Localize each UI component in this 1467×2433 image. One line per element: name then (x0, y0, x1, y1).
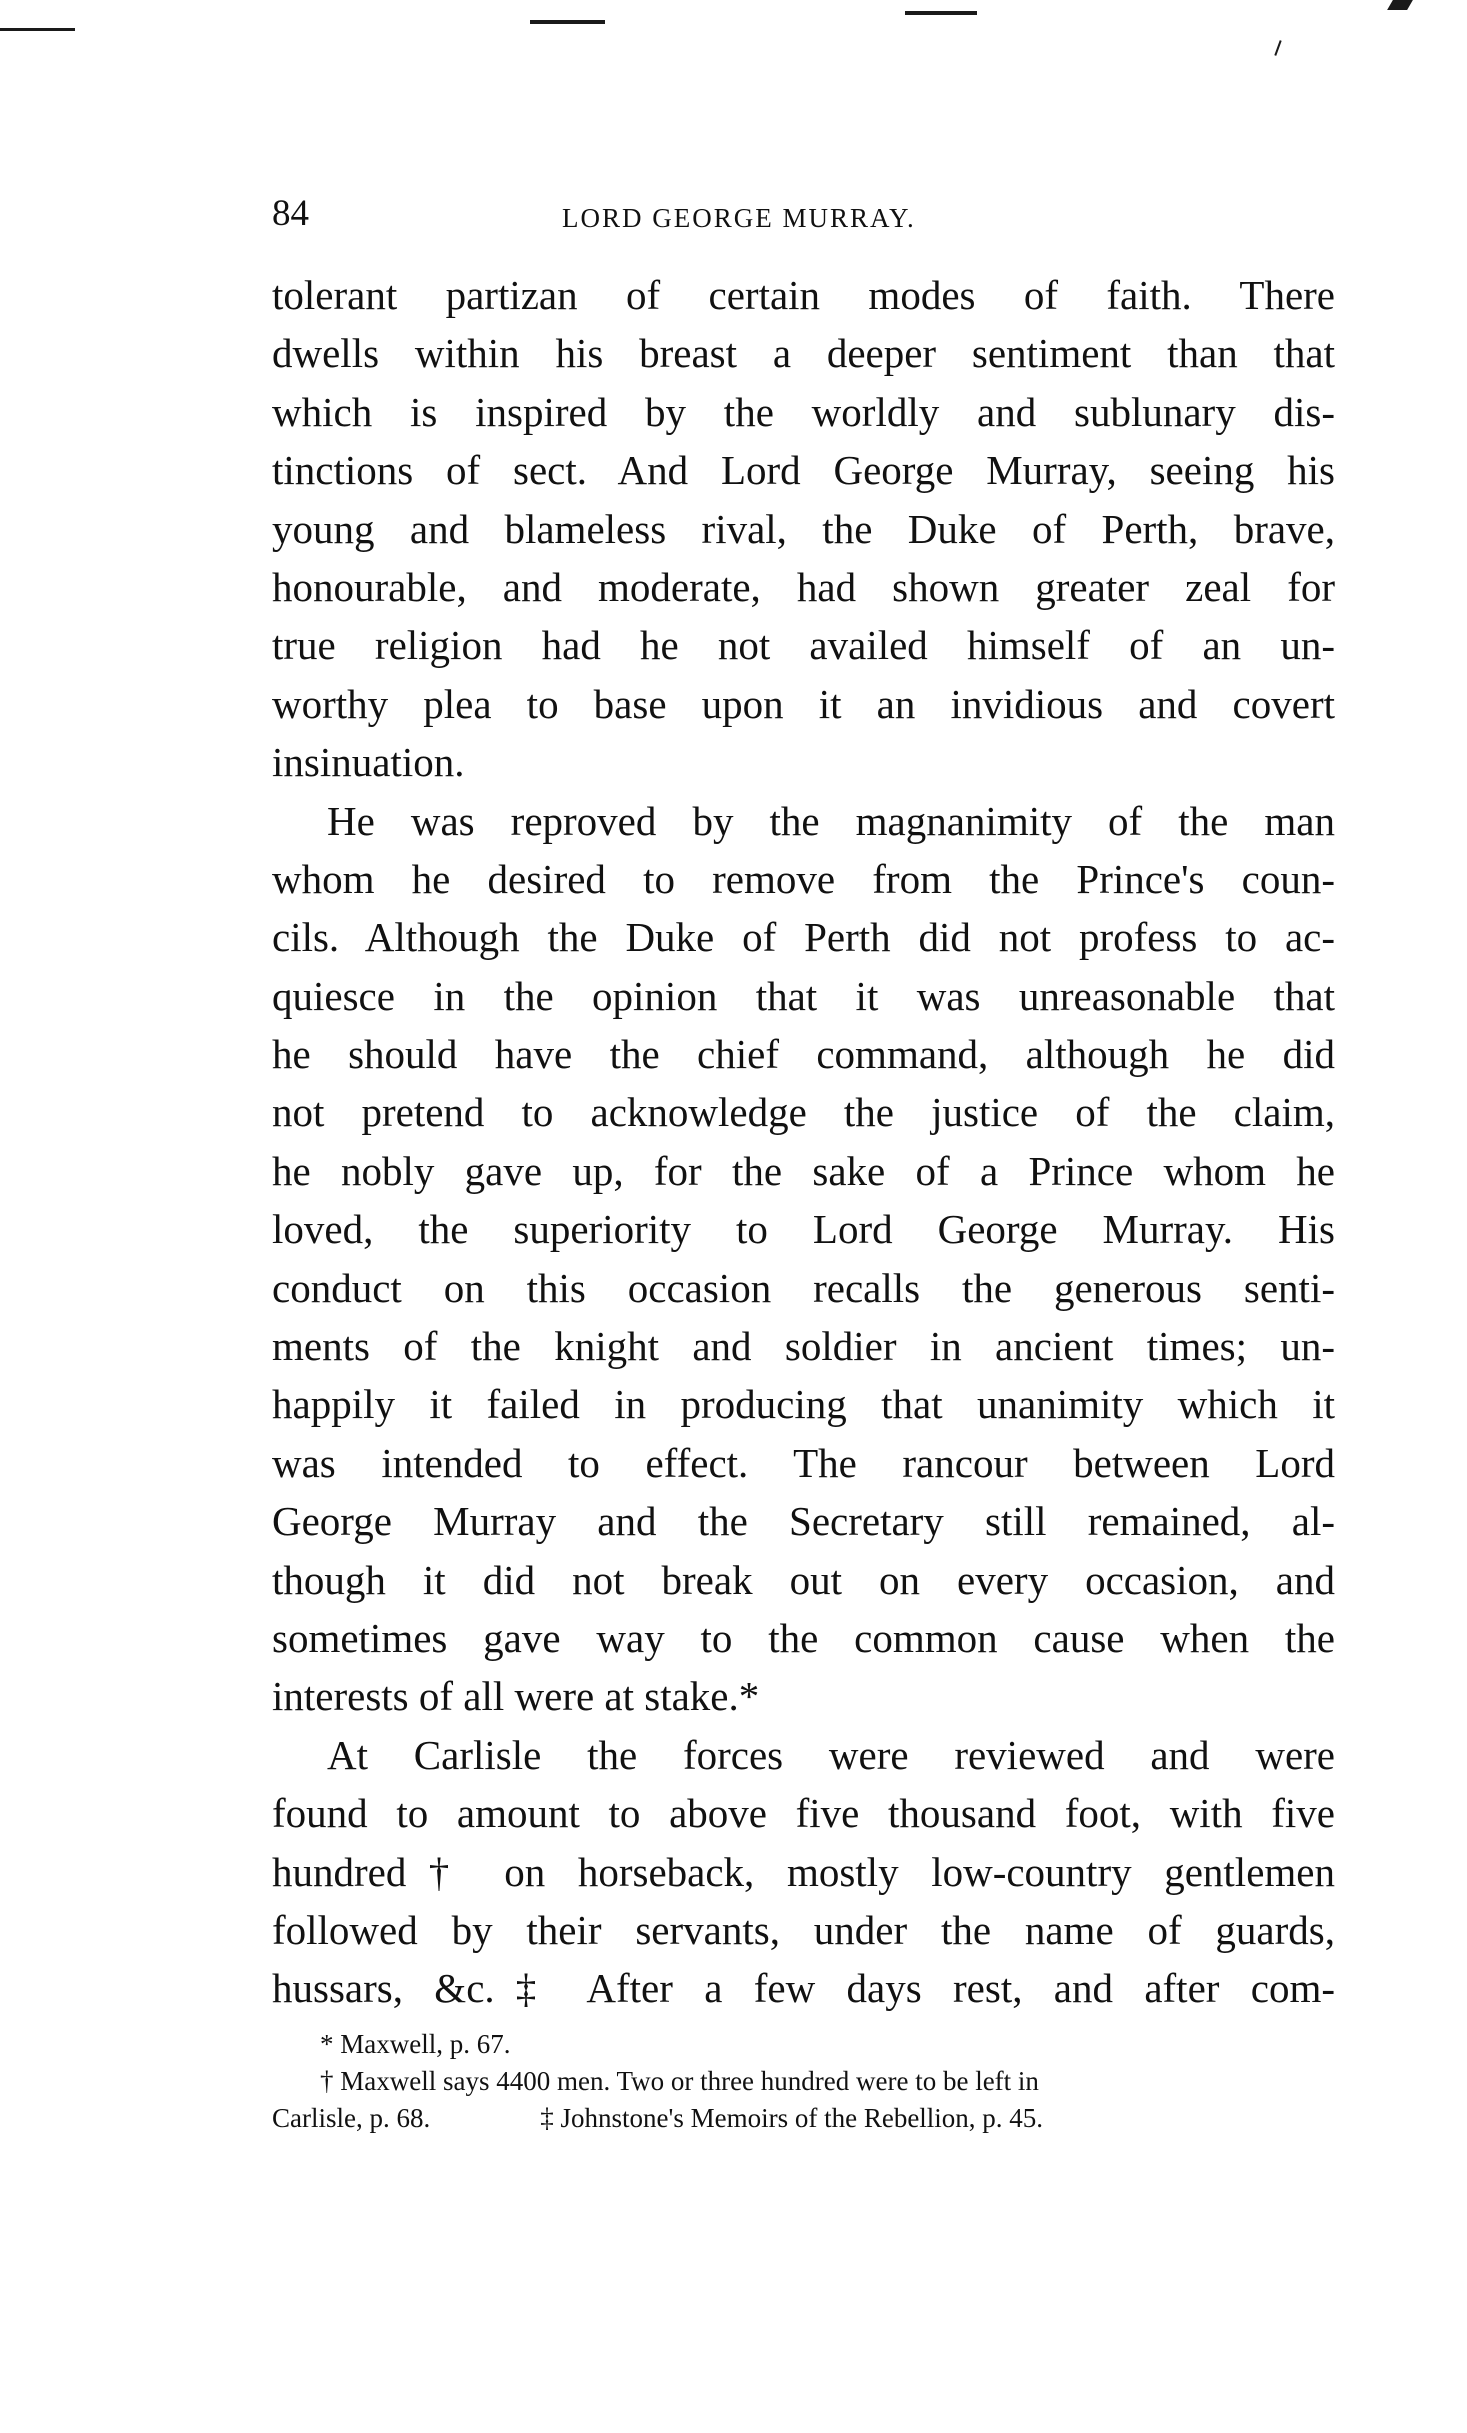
text-line: interests of all were at stake.* (272, 1667, 1335, 1725)
text-line: honourable, and moderate, had shown grea… (272, 558, 1335, 616)
text-line: whom he desired to remove from the Princ… (272, 850, 1335, 908)
text-line: hussars, &c.‡ After a few days rest, and… (272, 1959, 1335, 2017)
text-line: followed by their servants, under the na… (272, 1901, 1335, 1959)
footnote: ‡ Johnstone's Memoirs of the Rebellion, … (540, 2103, 1043, 2133)
text-line: worthy plea to base upon it an invidious… (272, 675, 1335, 733)
text-line: loved, the superiority to Lord George Mu… (272, 1200, 1335, 1258)
text-line: tinctions of sect. And Lord George Murra… (272, 441, 1335, 499)
text-line: cils. Although the Duke of Perth did not… (272, 908, 1335, 966)
text-line: was intended to effect. The rancour betw… (272, 1434, 1335, 1492)
footnote: † Maxwell says 4400 men. Two or three hu… (272, 2063, 1335, 2100)
text-line: tolerant partizan of certain modes of fa… (272, 266, 1335, 324)
text-line: true religion had he not availed himself… (272, 616, 1335, 674)
scan-artifact (0, 28, 75, 31)
footnote-line: Carlisle, p. 68.‡ Johnstone's Memoirs of… (272, 2100, 1335, 2137)
text-line: not pretend to acknowledge the justice o… (272, 1083, 1335, 1141)
scan-artifact (905, 11, 977, 15)
text-line: hundred† on horseback, mostly low-countr… (272, 1843, 1335, 1901)
page-number: 84 (272, 192, 309, 236)
text-line: though it did not break out on every occ… (272, 1551, 1335, 1609)
page-header: 84 LORD GEORGE MURRAY. (272, 192, 1335, 236)
text-line: which is inspired by the worldly and sub… (272, 383, 1335, 441)
text-line: young and blameless rival, the Duke of P… (272, 500, 1335, 558)
text-line: happily it failed in producing that unan… (272, 1375, 1335, 1433)
scan-artifact (1274, 40, 1281, 56)
text-line: he should have the chief command, althou… (272, 1025, 1335, 1083)
text-line: conduct on this occasion recalls the gen… (272, 1259, 1335, 1317)
text-line: quiesce in the opinion that it was unrea… (272, 967, 1335, 1025)
text-line: ments of the knight and soldier in ancie… (272, 1317, 1335, 1375)
text-line: George Murray and the Secretary still re… (272, 1492, 1335, 1550)
text-line: He was reproved by the magnanimity of th… (272, 792, 1335, 850)
footnotes: * Maxwell, p. 67. † Maxwell says 4400 me… (272, 2026, 1335, 2137)
text-line: he nobly gave up, for the sake of a Prin… (272, 1142, 1335, 1200)
text-line: found to amount to above five thousand f… (272, 1784, 1335, 1842)
body-text: tolerant partizan of certain modes of fa… (272, 266, 1335, 2018)
text-line: dwells within his breast a deeper sentim… (272, 324, 1335, 382)
scan-artifact (1387, 0, 1413, 10)
text-line: insinuation. (272, 733, 1335, 791)
text-line: sometimes gave way to the common cause w… (272, 1609, 1335, 1667)
footnote: * Maxwell, p. 67. (272, 2026, 1335, 2063)
running-title: LORD GEORGE MURRAY. (562, 198, 916, 238)
text-line: At Carlisle the forces were reviewed and… (272, 1726, 1335, 1784)
scan-artifact (530, 20, 605, 24)
footnote-continuation: Carlisle, p. 68. (272, 2103, 430, 2133)
